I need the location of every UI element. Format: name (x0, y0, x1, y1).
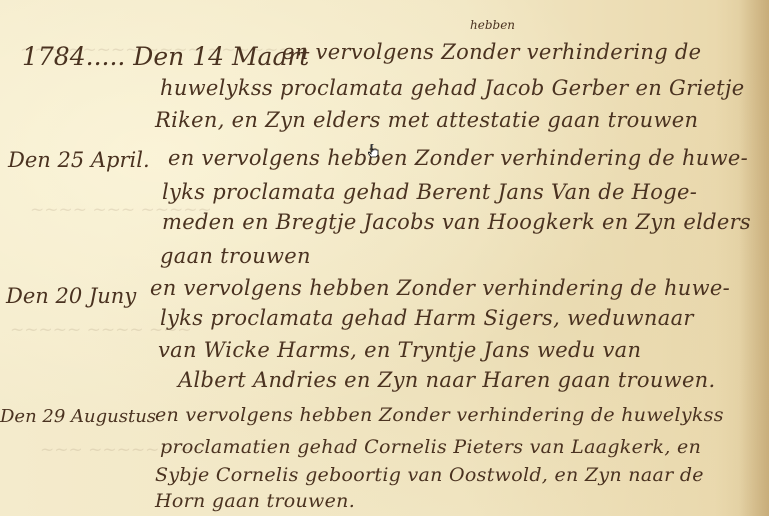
entry-3-line-4: Albert Andries en Zyn naar Haren gaan tr… (178, 368, 715, 392)
entry-3-line-3: van Wicke Harms, en Tryntje Jans wedu va… (158, 338, 641, 362)
entry-3-line-1: en vervolgens hebben Zonder verhindering… (150, 276, 730, 300)
entry-2-line-1: en vervolgens hebben Zonder verhindering… (168, 146, 748, 170)
entry-1-margin-date: 1784..... Den 14 Maart (22, 42, 309, 71)
entry-1-line-2: huwelykss proclamata gehad Jacob Gerber … (160, 76, 744, 100)
entry-4-line-2: proclamatien gehad Cornelis Pieters van … (160, 436, 701, 458)
entry-3-margin-date: Den 20 Juny (6, 284, 136, 308)
register-page: { "document": { "type": "handwritten mar… (0, 0, 769, 516)
entry-4-line-1: en vervolgens hebben Zonder verhindering… (155, 404, 724, 426)
entry-1-line-3: Riken, en Zyn elders met attestatie gaan… (155, 108, 698, 132)
entry-4-line-3: Sybje Cornelis geboortig van Oostwold, e… (155, 464, 704, 486)
entry-1-line-1: en vervolgens Zonder verhindering de (282, 40, 701, 64)
entry-2-line-4: gaan trouwen (160, 244, 311, 268)
hand-cursor-icon (368, 144, 380, 158)
entry-2-margin-date: Den 25 April. (8, 148, 150, 172)
entry-1-insertion: hebben (470, 18, 515, 32)
entry-2-line-2: lyks proclamata gehad Berent Jans Van de… (162, 180, 697, 204)
entry-2-line-3: meden en Bregtje Jacobs van Hoogkerk en … (162, 210, 751, 234)
entry-3-line-2: lyks proclamata gehad Harm Sigers, weduw… (160, 306, 694, 330)
entry-4-line-4: Horn gaan trouwen. (155, 490, 355, 512)
entry-4-margin-date: Den 29 Augustus (0, 406, 156, 427)
